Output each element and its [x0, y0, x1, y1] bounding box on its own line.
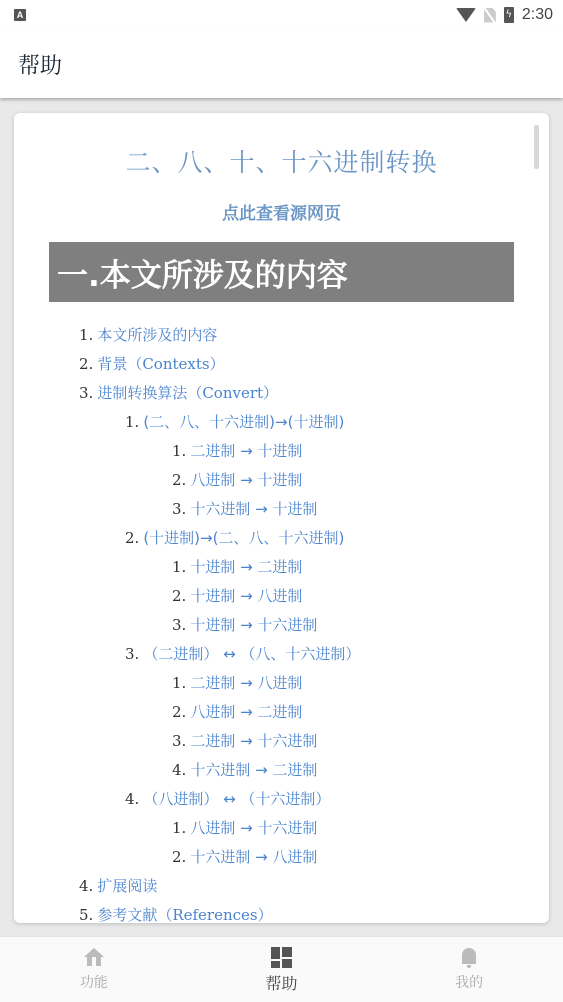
- home-icon: [83, 947, 105, 969]
- toc-link[interactable]: 二进制 → 十六进制: [190, 730, 317, 751]
- toc-link[interactable]: （八进制） ↔ （十六进制）: [143, 788, 330, 809]
- toc-number: 2.: [172, 848, 186, 866]
- toc-item: 2.八进制 → 二进制: [172, 697, 302, 726]
- toc-link[interactable]: （二进制） ↔ （八、十六进制）: [143, 643, 360, 664]
- toc-link[interactable]: 背景（Contexts）: [97, 353, 224, 374]
- status-bar: A ϟ 2:30: [0, 0, 563, 30]
- toc-number: 5.: [79, 906, 93, 924]
- toc-item: 1.(二、八、十六进制)→(十进制): [125, 407, 344, 436]
- view-source-link[interactable]: 点此查看源网页: [14, 199, 549, 224]
- clock: 2:30: [522, 6, 553, 24]
- bottom-navigation: 功能 帮助 我的: [0, 936, 563, 1002]
- toc-number: 4.: [172, 761, 186, 779]
- toc-number: 2.: [172, 587, 186, 605]
- toc-item: 1.二进制 → 八进制: [172, 668, 302, 697]
- toc-number: 3.: [125, 645, 139, 663]
- toc-number: 1.: [172, 819, 186, 837]
- toc-number: 1.: [79, 326, 93, 344]
- toc-item: 3.（二进制） ↔ （八、十六进制）: [125, 639, 360, 668]
- toc-number: 2.: [79, 355, 93, 373]
- toc-number: 3.: [172, 616, 186, 634]
- nav-label: 我的: [455, 972, 483, 992]
- nav-label: 帮助: [266, 971, 298, 994]
- wifi-icon: [456, 8, 476, 22]
- toc-link[interactable]: 十进制 → 十六进制: [190, 614, 317, 635]
- nav-tab-features[interactable]: 功能: [0, 937, 188, 1002]
- toc-link[interactable]: 二进制 → 十进制: [190, 440, 302, 461]
- toc-number: 2.: [172, 703, 186, 721]
- a-notification-icon: A: [14, 9, 26, 21]
- toc-item: 2.十六进制 → 八进制: [172, 842, 317, 871]
- toc-item: 1.十进制 → 二进制: [172, 552, 302, 581]
- toc-item: 4.十六进制 → 二进制: [172, 755, 317, 784]
- toc-item: 2.十进制 → 八进制: [172, 581, 302, 610]
- section-header: 一.本文所涉及的内容: [49, 242, 514, 302]
- nav-tab-mine[interactable]: 我的: [375, 937, 563, 1002]
- document-webview[interactable]: 二、八、十、十六进制转换 点此查看源网页 一.本文所涉及的内容 1.本文所涉及的…: [14, 113, 549, 923]
- nav-label: 功能: [80, 972, 108, 992]
- dashboard-icon: [271, 947, 293, 969]
- toc-number: 3.: [172, 500, 186, 518]
- toc-number: 1.: [172, 558, 186, 576]
- toc-link[interactable]: 二进制 → 八进制: [190, 672, 302, 693]
- toc-item: 1.本文所涉及的内容: [79, 320, 217, 349]
- toc-item: 3.二进制 → 十六进制: [172, 726, 317, 755]
- document-title: 二、八、十、十六进制转换: [14, 143, 549, 179]
- toc-item: 2.(十进制)→(二、八、十六进制): [125, 523, 344, 552]
- toc-number: 1.: [125, 413, 139, 431]
- toc-link[interactable]: 八进制 → 十进制: [190, 469, 302, 490]
- toc-number: 2.: [125, 529, 139, 547]
- bell-icon: [458, 947, 480, 969]
- toc-number: 3.: [172, 732, 186, 750]
- toc-link[interactable]: 八进制 → 十六进制: [190, 817, 317, 838]
- toc-item: 1.八进制 → 十六进制: [172, 813, 317, 842]
- toc-number: 3.: [79, 384, 93, 402]
- toc-item: 2.背景（Contexts）: [79, 349, 225, 378]
- app-bar: 帮助: [0, 30, 563, 98]
- battery-charging-icon: ϟ: [504, 7, 514, 23]
- toc-number: 1.: [172, 442, 186, 460]
- toc-link[interactable]: 十六进制 → 十进制: [190, 498, 317, 519]
- toc-item: 3.十六进制 → 十进制: [172, 494, 317, 523]
- toc-link[interactable]: 十进制 → 二进制: [190, 556, 302, 577]
- no-sim-icon: [484, 8, 496, 23]
- toc-number: 4.: [125, 790, 139, 808]
- toc-number: 1.: [172, 674, 186, 692]
- toc-item: 3.进制转换算法（Convert）: [79, 378, 278, 407]
- toc-number: 4.: [79, 877, 93, 895]
- toc-link[interactable]: (十进制)→(二、八、十六进制): [143, 527, 344, 548]
- toc-link[interactable]: (二、八、十六进制)→(十进制): [143, 411, 344, 432]
- toc-link[interactable]: 进制转换算法（Convert）: [97, 382, 278, 403]
- toc-link[interactable]: 十六进制 → 八进制: [190, 846, 317, 867]
- toc-link[interactable]: 本文所涉及的内容: [97, 324, 217, 345]
- toc-number: 2.: [172, 471, 186, 489]
- toc-item: 4.（八进制） ↔ （十六进制）: [125, 784, 330, 813]
- toc-link[interactable]: 十六进制 → 二进制: [190, 759, 317, 780]
- nav-tab-help[interactable]: 帮助: [188, 937, 376, 1002]
- toc-link[interactable]: 十进制 → 八进制: [190, 585, 302, 606]
- toc-link[interactable]: 八进制 → 二进制: [190, 701, 302, 722]
- toc-item: 5.参考文献（References）: [79, 900, 273, 923]
- toc-item: 1.二进制 → 十进制: [172, 436, 302, 465]
- toc-item: 3.十进制 → 十六进制: [172, 610, 317, 639]
- toc-link[interactable]: 参考文献（References）: [97, 904, 272, 923]
- toc-item: 4.扩展阅读: [79, 871, 157, 900]
- toc-link[interactable]: 扩展阅读: [97, 875, 157, 896]
- toc-item: 2.八进制 → 十进制: [172, 465, 302, 494]
- page-title: 帮助: [18, 49, 62, 80]
